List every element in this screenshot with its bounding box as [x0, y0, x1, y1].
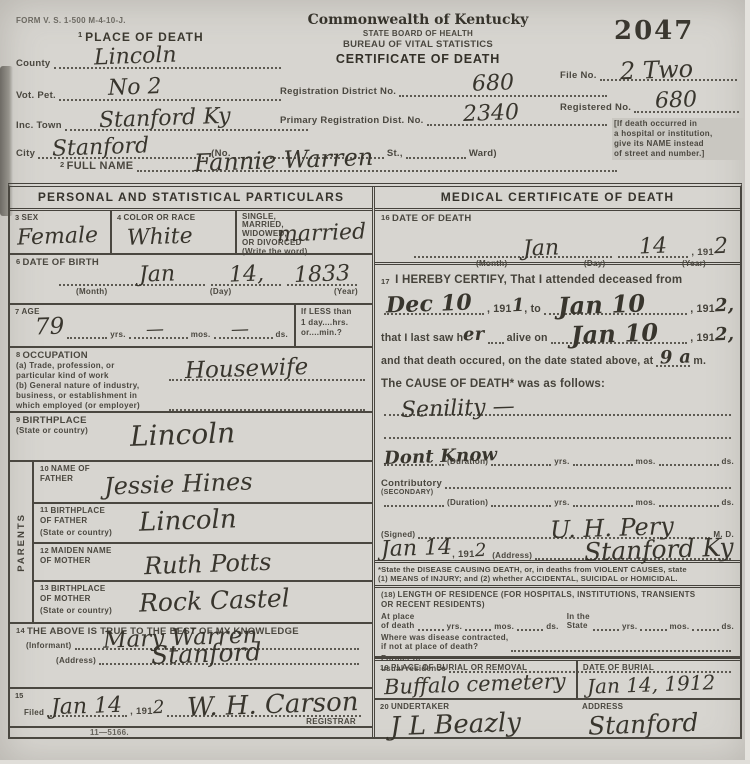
full-name-line: Fannie Warren [137, 166, 617, 172]
county-label: County [16, 58, 51, 69]
sex-color-marital-row: 3SEX Female 4COLOR OR RACE White SINGLE,… [10, 211, 372, 255]
agency-name: Commonwealth of Kentucky [278, 12, 558, 28]
dob-month-line: Jan [59, 280, 205, 286]
primary-registration-field: Primary Registration Dist. No. 2340 [280, 115, 610, 126]
informant-label: (Informant) [26, 641, 72, 650]
city-line: Stanford [38, 153, 208, 159]
filed-date: Jan 14 [51, 695, 123, 719]
length-of-residence-block: (18)LENGTH OF RESIDENCE (FOR HOSPITALS, … [375, 588, 740, 658]
occupation-a-value: Housewife [184, 356, 308, 383]
registered-no-line: 680 [634, 107, 739, 113]
occupation-a-line: Housewife [169, 375, 365, 381]
file-no-value: 2 Two [620, 57, 694, 84]
informant-address-label: (Address) [56, 656, 96, 665]
dob-year: 1833 [294, 263, 351, 287]
county-value: Lincoln [94, 45, 177, 70]
full-name-label: 2FULL NAME [60, 160, 134, 172]
agency-block: Commonwealth of Kentucky STATE BOARD OF … [278, 12, 558, 66]
certificate-title: CERTIFICATE OF DEATH [278, 52, 558, 66]
contributory-label: Contributory [381, 478, 442, 489]
date-of-burial-field: DATE OF BURIAL Jan 14, 1912 [576, 661, 740, 698]
certificate-header: FORM V. S. 1-500 M-4-10-J. 1PLACE OF DEA… [0, 0, 750, 183]
birthplace-value: Lincoln [130, 420, 236, 452]
left-footer-area: 11—5166. [10, 728, 372, 737]
place-of-death-title: 1PLACE OF DEATH [78, 30, 204, 44]
age-mos-label: mos. [191, 330, 211, 339]
at-place-label: At place of death [381, 612, 415, 631]
mother-birthplace-value: Rock Castel [139, 586, 290, 616]
primary-reg-label: Primary Registration Dist. No. [280, 115, 424, 126]
age-row: 7AGE 79 yrs. — mos. — ds. If LESS than 1… [10, 305, 372, 348]
personal-title: PERSONAL AND STATISTICAL PARTICULARS [10, 187, 372, 211]
age-yrs-label: yrs. [110, 330, 125, 339]
dob-year-line: 1833 [287, 280, 357, 286]
ward-line [406, 153, 466, 159]
father-name-field: 10NAME OF FATHER Jessie Hines [34, 462, 372, 504]
birthplace-field: 9BIRTHPLACE (State or country) Lincoln [10, 413, 372, 462]
violent-causes-footnote: *State the DISEASE CAUSING DEATH, or, in… [375, 563, 740, 588]
registered-no-field: Registered No. 680 [560, 102, 742, 113]
file-no-label: File No. [560, 70, 597, 81]
votpet-label: Vot. Pet. [16, 90, 56, 101]
parents-strip: PARENTS [10, 462, 34, 622]
votpet-line: No 2 [59, 95, 281, 101]
last-seen-date: Jan 10 [571, 320, 659, 347]
registered-no-label: Registered No. [560, 102, 631, 113]
dod-day-line: 14 [618, 252, 688, 258]
dob-day-line: 14, [211, 280, 281, 286]
date-of-burial-value: Jan 14, 1912 [587, 672, 739, 697]
section-num-1: 1 [78, 30, 83, 39]
signature-date: Jan 14 [381, 537, 453, 561]
where-contracted-label: Where was disease contracted, if not at … [381, 633, 508, 652]
dob-year-sub: (Year) [334, 287, 358, 296]
occupation-a-label: (a) Trade, profession, or particular kin… [16, 361, 166, 381]
filed-label: Filed [24, 708, 44, 717]
physician-address: Stanford Ky [584, 535, 734, 565]
county-field: County Lincoln [16, 58, 284, 69]
scan-edge-bottom [0, 760, 750, 764]
if-less-than-note: If LESS than 1 day....hrs. or....min.? [294, 305, 372, 346]
mother-name-value: Ruth Potts [144, 550, 272, 578]
place-of-burial-field: 19PLACE OF BURIAL OR REMOVAL Buffalo cem… [375, 661, 576, 698]
informant-attestation: 14THE ABOVE IS TRUE TO THE BEST OF MY KN… [10, 624, 372, 689]
last-seen-year: 2, [714, 326, 734, 345]
undertaker-field: 20UNDERTAKER J L Beazly [375, 700, 577, 737]
certify-line4: and that death occured, on the date stat… [381, 355, 653, 367]
medical-certificate-column: MEDICAL CERTIFICATE OF DEATH 16DATE OF D… [375, 187, 740, 737]
pronoun: er [463, 326, 485, 345]
filed-row: 15 Filed Jan 14 , 191 2 W. H. Carson REG… [10, 689, 372, 728]
marital-status-field: SINGLE, MARRIED, WIDOWED, OR DIVORCED (W… [235, 211, 372, 253]
contributory-block: Contributory (SECONDARY) (Duration) yrs.… [375, 476, 740, 516]
occupation-b-line [169, 405, 365, 411]
file-no-line: 2 Two [600, 75, 737, 81]
reg-district-line: 680 [399, 91, 607, 97]
signature-date-row: Jan 14 , 191 2 (Address) Stanford Ky [375, 539, 740, 563]
certify-line3a: that I last saw h [381, 332, 463, 344]
primary-reg-value: 2340 [462, 102, 519, 126]
date-of-birth-field: 6DATE OF BIRTH Jan 14, 1833 (Month) (Day… [10, 255, 372, 306]
mother-name-field: 12MAIDEN NAME OF MOTHER Ruth Potts [34, 544, 372, 582]
cause-of-death-value: Senility — [401, 396, 515, 422]
registered-no-value: 680 [655, 89, 698, 112]
undertaker-value: J L Beazly [390, 708, 576, 740]
cause-of-death-block: Senility — Dont Know (Duration) yrs. mos… [375, 399, 740, 476]
full-name-value: Fannie Warren [194, 145, 374, 175]
registration-district-field: Registration District No. 680 [280, 86, 610, 97]
marital-value: married [276, 221, 366, 246]
file-no-field: File No. 2 Two [560, 70, 740, 81]
agency-bureau: BUREAU OF VITAL STATISTICS [278, 39, 558, 50]
votpet-value: No 2 [107, 76, 161, 100]
sex-value: Female [17, 224, 109, 249]
inctown-line: Stanford Ky [65, 125, 308, 131]
dod-month: Jan [523, 237, 560, 260]
certificate-body: PERSONAL AND STATISTICAL PARTICULARS 3SE… [8, 183, 742, 739]
reg-district-value: 680 [472, 72, 515, 95]
city-value: Stanford [51, 135, 149, 160]
residence-title: LENGTH OF RESIDENCE (FOR HOSPITALS, INST… [381, 590, 695, 609]
occupation-field: 8OCCUPATION (a) Trade, profession, or pa… [10, 348, 372, 413]
dob-month-sub: (Month) [76, 287, 107, 296]
print-code: 11—5166. [90, 728, 129, 737]
inctown-label: Inc. Town [16, 120, 62, 131]
place-of-burial-value: Buffalo cemetery [384, 671, 575, 699]
mother-birthplace-field: 13BIRTHPLACE OF MOTHER (State or country… [34, 582, 372, 622]
age-field: 7AGE 79 yrs. — mos. — ds. [10, 305, 294, 346]
age-ds-value: — [231, 321, 250, 340]
filed-num: 15 [15, 691, 23, 700]
contributory-sub: (SECONDARY) [381, 489, 734, 496]
certificate-number: 2047 [614, 16, 694, 46]
father-birthplace-field: 11BIRTHPLACE OF FATHER (State or country… [34, 504, 372, 544]
hospital-note: [If death occurred in a hospital or inst… [612, 118, 744, 160]
parents-label: PARENTS [16, 513, 27, 572]
color-race-value: White [127, 224, 234, 250]
form-number: FORM V. S. 1-500 M-4-10-J. [16, 16, 126, 25]
date-of-death-field: 16DATE OF DEATH Jan 14 , 191 2 (Month) (… [375, 211, 740, 265]
dob-month: Jan [139, 263, 176, 286]
dob-day: 14, [228, 263, 264, 286]
attended-from-date: Dec 10 [386, 292, 473, 317]
dod-year-prefix: , 191 [691, 247, 714, 258]
occupation-b-label: (b) General nature of industry, business… [16, 381, 166, 411]
city-label: City [16, 148, 35, 159]
death-certificate-scan: FORM V. S. 1-500 M-4-10-J. 1PLACE OF DEA… [0, 0, 750, 764]
in-state-label: In the State [567, 612, 590, 631]
signature-year: 2 [474, 542, 486, 560]
inctown-value: Stanford Ky [98, 106, 230, 133]
sex-field: 3SEX Female [10, 211, 110, 253]
informant-address-value: Stanford [151, 639, 262, 668]
agency-board: STATE BOARD OF HEALTH [278, 29, 558, 38]
filed-year-prefix: , 191 [130, 706, 153, 717]
certify-line1: I HEREBY CERTIFY, That I attended deceas… [395, 274, 682, 286]
dod-month-line: Jan [414, 252, 612, 258]
death-time: 9 a [659, 348, 691, 367]
inc-town-field: Inc. Town Stanford Ky [16, 120, 311, 131]
registrar-signature: W. H. Carson [186, 689, 358, 721]
color-race-field: 4COLOR OR RACE White [110, 211, 235, 253]
county-line: Lincoln [54, 63, 281, 69]
cause-duration-value: Dont Know [384, 446, 498, 468]
reg-district-label: Registration District No. [280, 86, 396, 97]
age-mos-value: — [146, 321, 165, 340]
age-value: 79 [35, 316, 65, 340]
certify-line3b: alive on [507, 332, 548, 344]
undertaker-row: 20UNDERTAKER J L Beazly ADDRESS Stanford [375, 700, 740, 737]
father-name-value: Jessie Hines [104, 470, 253, 499]
cause-of-death-heading: The CAUSE OF DEATH* was as follows: [381, 378, 734, 390]
dod-year: 2 [714, 235, 729, 257]
ward-label: Ward) [469, 148, 497, 159]
informant-address-line: Stanford [99, 659, 359, 665]
burial-row: 19PLACE OF BURIAL OR REMOVAL Buffalo cem… [375, 658, 740, 700]
attended-to-date: Jan 10 [558, 292, 646, 319]
undertaker-address-value: Stanford [588, 708, 739, 738]
primary-reg-line: 2340 [427, 120, 607, 126]
signed-address-label: (Address) [492, 551, 532, 560]
age-ds-label: ds. [276, 330, 288, 339]
filed-year: 2 [153, 699, 165, 717]
street-label: St., [387, 148, 403, 159]
undertaker-address-field: ADDRESS Stanford [577, 700, 740, 737]
father-birthplace-value: Lincoln [139, 507, 237, 536]
full-name-field: 2FULL NAME Fannie Warren [60, 160, 620, 172]
voting-precinct-field: Vot. Pet. No 2 [16, 90, 284, 101]
dod-day: 14 [639, 235, 668, 258]
medical-title: MEDICAL CERTIFICATE OF DEATH [375, 187, 740, 211]
attended-from-year: 1 [511, 297, 524, 315]
certification-statement: 17 I HEREBY CERTIFY, That I attended dec… [375, 265, 740, 399]
parents-block: PARENTS 10NAME OF FATHER Jessie Hines 11… [10, 462, 372, 624]
birthplace-sub: (State or country) [16, 426, 88, 435]
personal-particulars-column: PERSONAL AND STATISTICAL PARTICULARS 3SE… [10, 187, 375, 737]
dob-day-sub: (Day) [210, 287, 232, 296]
attended-to-year: 2, [714, 297, 734, 316]
